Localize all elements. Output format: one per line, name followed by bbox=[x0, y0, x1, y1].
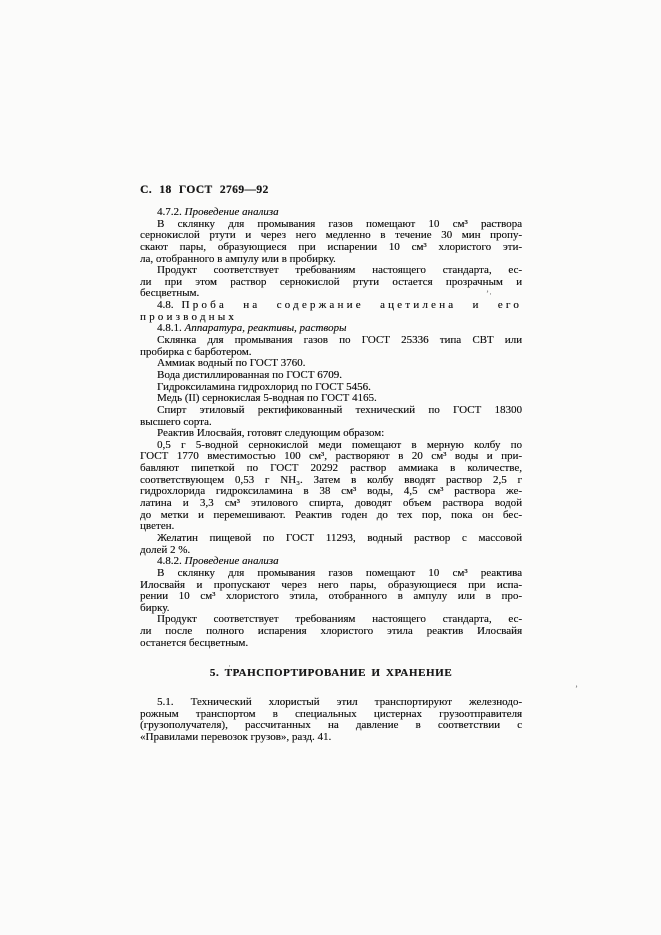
text-run: Желатин пищевой по ГОСТ 11293, водный ра… bbox=[157, 532, 522, 544]
text-run: пробирка с барботером. bbox=[140, 346, 251, 358]
text-line: до метки и перемешивают. Реактив годен д… bbox=[140, 510, 522, 522]
text-run: бесцветным. bbox=[140, 287, 199, 299]
clause-number: 4.8. bbox=[157, 299, 182, 311]
text-run: ла, отобранного в ампулу или в пробирку. bbox=[140, 253, 336, 265]
text-run: производных bbox=[140, 311, 237, 323]
text-run: Илосвайя и пропускают через него пары, о… bbox=[140, 579, 522, 591]
text-run: Склянка для промывания газов по ГОСТ 253… bbox=[157, 334, 522, 346]
text-run: до метки и перемешивают. Реактив годен д… bbox=[140, 509, 522, 521]
text-run: гидрохлорида гидроксиламина в 38 см³ вод… bbox=[140, 485, 522, 497]
text-run: Проведение анализа bbox=[185, 206, 279, 218]
text-run: Медь (II) сернокислая 5-водная по ГОСТ 4… bbox=[157, 392, 377, 404]
clause-number: 4.7.2. bbox=[157, 206, 185, 218]
scanned-document-page: С. 18 ГОСТ 2769—92 4.7.2. Проведение ана… bbox=[0, 0, 661, 935]
text-run: ли после полного испарения хлористого эт… bbox=[140, 625, 522, 637]
clause-number: 4.8.1. bbox=[157, 322, 185, 334]
text-run: Аппаратура, реактивы, растворы bbox=[185, 322, 347, 334]
text-run: Продукт соответствует требованиям настоя… bbox=[157, 613, 522, 625]
text-run: сернокислой ртути и через него медленно … bbox=[140, 229, 522, 241]
text-run: Гидроксиламина гидрохлорид по ГОСТ 5456. bbox=[157, 381, 371, 393]
text-run: ли при этом раствор сернокислой ртути ос… bbox=[140, 276, 522, 288]
text-run: соответствующем 0,53 г NH₃. Затем в колб… bbox=[140, 474, 522, 486]
text-run: Вода дистиллированная по ГОСТ 6709. bbox=[157, 369, 342, 381]
text-line: «Правилами перевозок грузов», разд. 41. bbox=[140, 732, 522, 744]
text-run: бирку. bbox=[140, 602, 169, 614]
text-run: В склянку для промывания газов помещают … bbox=[157, 218, 522, 230]
section-5-body-text: 5.1. Технический хлористый этил транспор… bbox=[140, 697, 522, 744]
text-run: 5.1. Технический хлористый этил транспор… bbox=[157, 696, 522, 708]
text-run: скают пары, образующиеся при испарении 1… bbox=[140, 241, 522, 253]
text-line: Желатин пищевой по ГОСТ 11293, водный ра… bbox=[140, 533, 522, 545]
running-header: С. 18 ГОСТ 2769—92 bbox=[140, 184, 269, 197]
scan-speck: ’ bbox=[575, 685, 578, 694]
text-run: Реактив Илосвайя, готовят следующим обра… bbox=[157, 427, 384, 439]
text-run: «Правилами перевозок грузов», разд. 41. bbox=[140, 731, 331, 743]
text-run: цветен. bbox=[140, 520, 174, 532]
text-line: останется бесцветным. bbox=[140, 638, 522, 650]
text-line: рении 10 см³ хлористого этила, отобранно… bbox=[140, 591, 522, 603]
text-run: рении 10 см³ хлористого этила, отобранно… bbox=[140, 590, 522, 602]
text-run: В склянку для промывания газов помещают … bbox=[157, 567, 522, 579]
text-run: останется бесцветным. bbox=[140, 637, 248, 649]
text-run: Проба на содержание ацетилена и его bbox=[182, 299, 522, 311]
text-run: Спирт этиловый ректификованный техническ… bbox=[157, 404, 522, 416]
clause-number: 4.8.2. bbox=[157, 555, 185, 567]
document-body-text: 4.7.2. Проведение анализаВ склянку для п… bbox=[140, 207, 522, 649]
text-run: бавляют пипеткой по ГОСТ 20292 раствор а… bbox=[140, 462, 522, 474]
section-5-heading: 5. ТРАНСПОРТИРОВАНИЕ И ХРАНЕНИЕ bbox=[140, 667, 522, 679]
text-run: высшего сорта. bbox=[140, 416, 212, 428]
text-run: Продукт соответствует требованиям настоя… bbox=[157, 264, 522, 276]
scan-speck: · bbox=[228, 662, 231, 671]
text-run: Аммиак водный по ГОСТ 3760. bbox=[157, 357, 305, 369]
text-run: 0,5 г 5-водной сернокислой меди помещают… bbox=[157, 439, 522, 451]
text-run: ГОСТ 1770 вместимостью 100 см³, растворя… bbox=[140, 450, 522, 462]
text-run: латина и 3,3 см³ этилового спирта, довод… bbox=[140, 497, 522, 509]
text-run: Проведение анализа bbox=[185, 555, 279, 567]
text-run: рожным транспортом в специальных цистерн… bbox=[140, 708, 522, 720]
text-run: долей 2 %. bbox=[140, 544, 190, 556]
text-run: (грузополучателя), рассчитанных на давле… bbox=[140, 719, 522, 731]
scan-speck: ’· bbox=[486, 290, 492, 299]
